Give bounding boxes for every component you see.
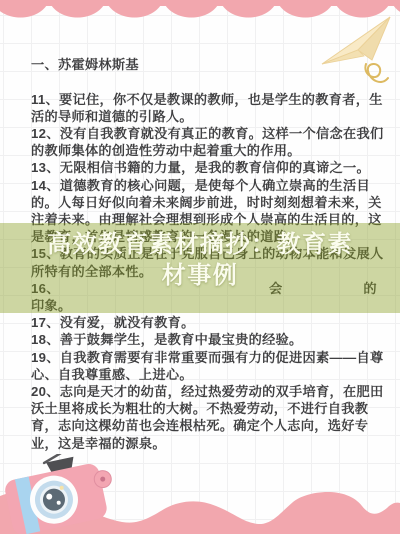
overlay-title: 高效教育素材摘抄：教育素 材事例 xyxy=(0,229,400,291)
quote-note-page: 一、苏霍姆林斯基 11、要记住，你不仅是教课的教师，也是学生的教育者，生 活的导… xyxy=(0,0,400,534)
top-scallop-border xyxy=(0,0,400,27)
camera-icon xyxy=(2,454,122,534)
